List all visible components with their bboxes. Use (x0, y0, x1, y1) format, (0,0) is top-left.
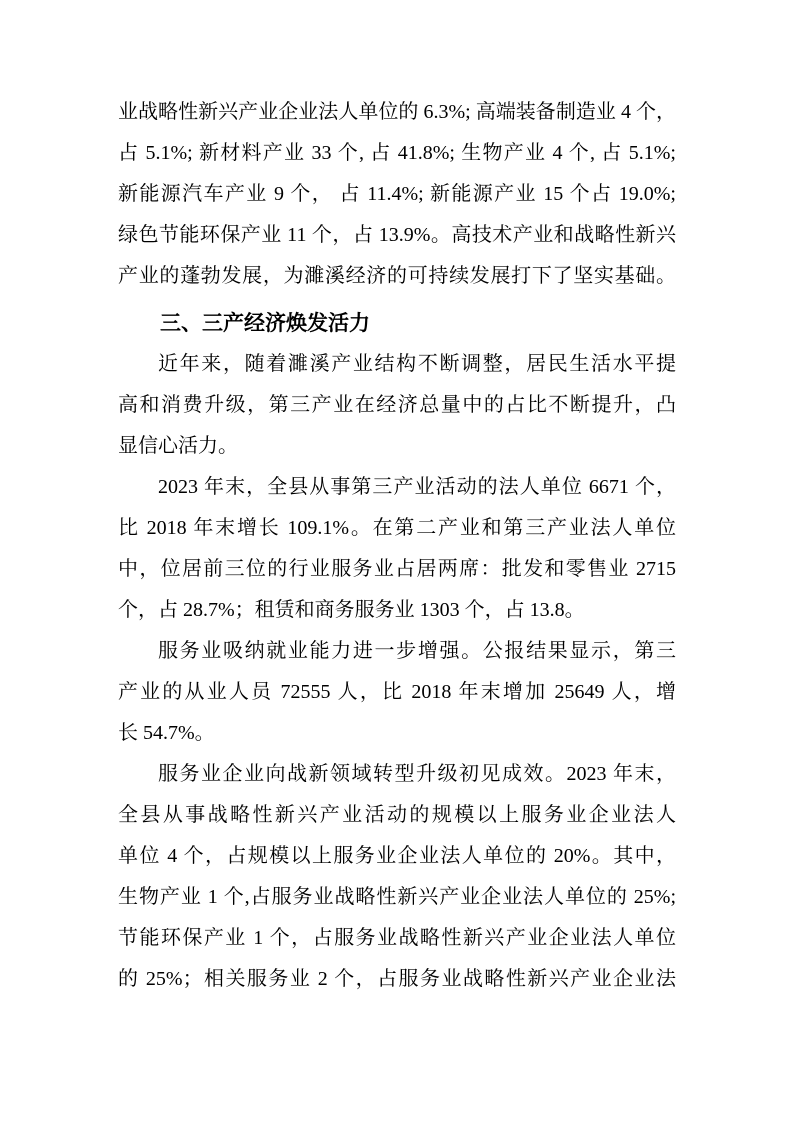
text-line: 服务业企业向战新领域转型升级初见成效。2023 年末， (118, 754, 676, 795)
text-line: 中，位居前三位的行业服务业占居两席：批发和零售业 2715 (118, 549, 676, 590)
text-line: 产业的从业人员 72555 人，比 2018 年末增加 25649 人，增 (118, 672, 676, 713)
text-line: 占 5.1%; 新材料产业 33 个, 占 41.8%; 生物产业 4 个, 占… (118, 133, 676, 174)
text-line: 的 25%；相关服务业 2 个，占服务业战略性新兴产业企业法 (118, 959, 676, 1000)
paragraph: 2023 年末，全县从事第三产业活动的法人单位 6671 个， 比 2018 年… (118, 467, 676, 631)
text-line: 业战略性新兴产业企业法人单位的 6.3%; 高端装备制造业 4 个， (118, 92, 676, 133)
text-line: 个，占 28.7%；租赁和商务服务业 1303 个，占 13.8。 (118, 590, 676, 631)
section-heading: 三、三产经济焕发活力 (118, 303, 676, 344)
text-line: 2023 年末，全县从事第三产业活动的法人单位 6671 个， (118, 467, 676, 508)
text-line: 长 54.7%。 (118, 713, 676, 754)
text-line: 比 2018 年末增长 109.1%。在第二产业和第三产业法人单位 (118, 508, 676, 549)
text-line: 新能源汽车产业 9 个， 占 11.4%; 新能源产业 15 个占 19.0%; (118, 174, 676, 215)
paragraph: 服务业吸纳就业能力进一步增强。公报结果显示，第三 产业的从业人员 72555 人… (118, 631, 676, 754)
document-content: 业战略性新兴产业企业法人单位的 6.3%; 高端装备制造业 4 个， 占 5.1… (118, 92, 676, 1000)
paragraph-continuation: 业战略性新兴产业企业法人单位的 6.3%; 高端装备制造业 4 个， 占 5.1… (118, 92, 676, 297)
document-page: 业战略性新兴产业企业法人单位的 6.3%; 高端装备制造业 4 个， 占 5.1… (0, 0, 793, 1122)
text-line: 近年来，随着濉溪产业结构不断调整，居民生活水平提 (118, 344, 676, 385)
text-line: 生物产业 1 个,占服务业战略性新兴产业企业法人单位的 25%; (118, 877, 676, 918)
text-line: 单位 4 个，占规模以上服务业企业法人单位的 20%。其中， (118, 836, 676, 877)
text-line: 高和消费升级，第三产业在经济总量中的占比不断提升，凸 (118, 385, 676, 426)
text-line: 全县从事战略性新兴产业活动的规模以上服务业企业法人 (118, 795, 676, 836)
text-line: 显信心活力。 (118, 426, 676, 467)
paragraph: 近年来，随着濉溪产业结构不断调整，居民生活水平提 高和消费升级，第三产业在经济总… (118, 344, 676, 467)
text-line: 节能环保产业 1 个，占服务业战略性新兴产业企业法人单位 (118, 918, 676, 959)
text-line: 产业的蓬勃发展，为濉溪经济的可持续发展打下了坚实基础。 (118, 256, 676, 297)
paragraph: 服务业企业向战新领域转型升级初见成效。2023 年末， 全县从事战略性新兴产业活… (118, 754, 676, 1000)
text-line: 绿色节能环保产业 11 个，占 13.9%。高技术产业和战略性新兴 (118, 215, 676, 256)
text-line: 服务业吸纳就业能力进一步增强。公报结果显示，第三 (118, 631, 676, 672)
